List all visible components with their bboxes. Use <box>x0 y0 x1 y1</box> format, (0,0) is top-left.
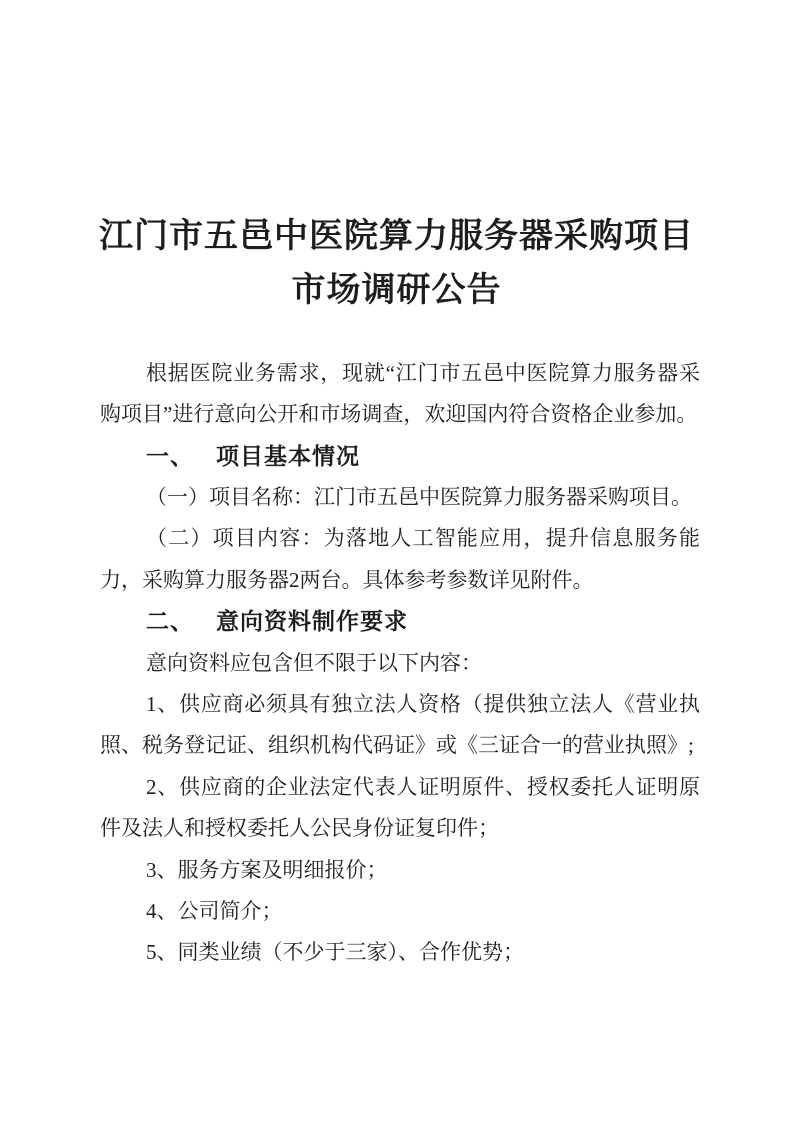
section-1-number: 一、 <box>146 443 194 469</box>
section-1-heading: 一、项目基本情况 <box>100 436 700 477</box>
section-2-item-4: 4、公司简介； <box>100 891 700 932</box>
document-page: 江门市五邑中医院算力服务器采购项目 市场调研公告 根据医院业务需求，现就“江门市… <box>0 0 793 1122</box>
document-title: 江门市五邑中医院算力服务器采购项目 市场调研公告 <box>0 23 793 317</box>
section-1-paragraph-2: （二）项目内容：为落地人工智能应用，提升信息服务能力，采购算力服务器2两台。具体… <box>100 518 700 601</box>
document-title-line-1: 江门市五邑中医院算力服务器采购项目 <box>0 209 793 263</box>
section-1-paragraph-1: （一）项目名称：江门市五邑中医院算力服务器采购项目。 <box>100 477 700 518</box>
section-2-intro: 意向资料应包含但不限于以下内容： <box>100 643 700 684</box>
section-2-title: 意向资料制作要求 <box>216 608 408 634</box>
section-2-item-5: 5、同类业绩（不少于三家）、合作优势； <box>100 932 700 973</box>
section-2-number: 二、 <box>146 608 194 634</box>
section-1-title: 项目基本情况 <box>216 443 360 469</box>
section-2-item-1: 1、供应商必须具有独立法人资格（提供独立法人《营业执照、税务登记证、组织机构代码… <box>100 684 700 767</box>
section-2-item-2: 2、供应商的企业法定代表人证明原件、授权委托人证明原件及法人和授权委托人公民身份… <box>100 767 700 850</box>
document-title-line-2: 市场调研公告 <box>0 263 793 317</box>
section-2-heading: 二、意向资料制作要求 <box>100 601 700 642</box>
section-2-item-3: 3、服务方案及明细报价； <box>100 850 700 891</box>
intro-paragraph: 根据医院业务需求，现就“江门市五邑中医院算力服务器采购项目”进行意向公开和市场调… <box>100 353 700 436</box>
document-body: 根据医院业务需求，现就“江门市五邑中医院算力服务器采购项目”进行意向公开和市场调… <box>100 353 700 974</box>
